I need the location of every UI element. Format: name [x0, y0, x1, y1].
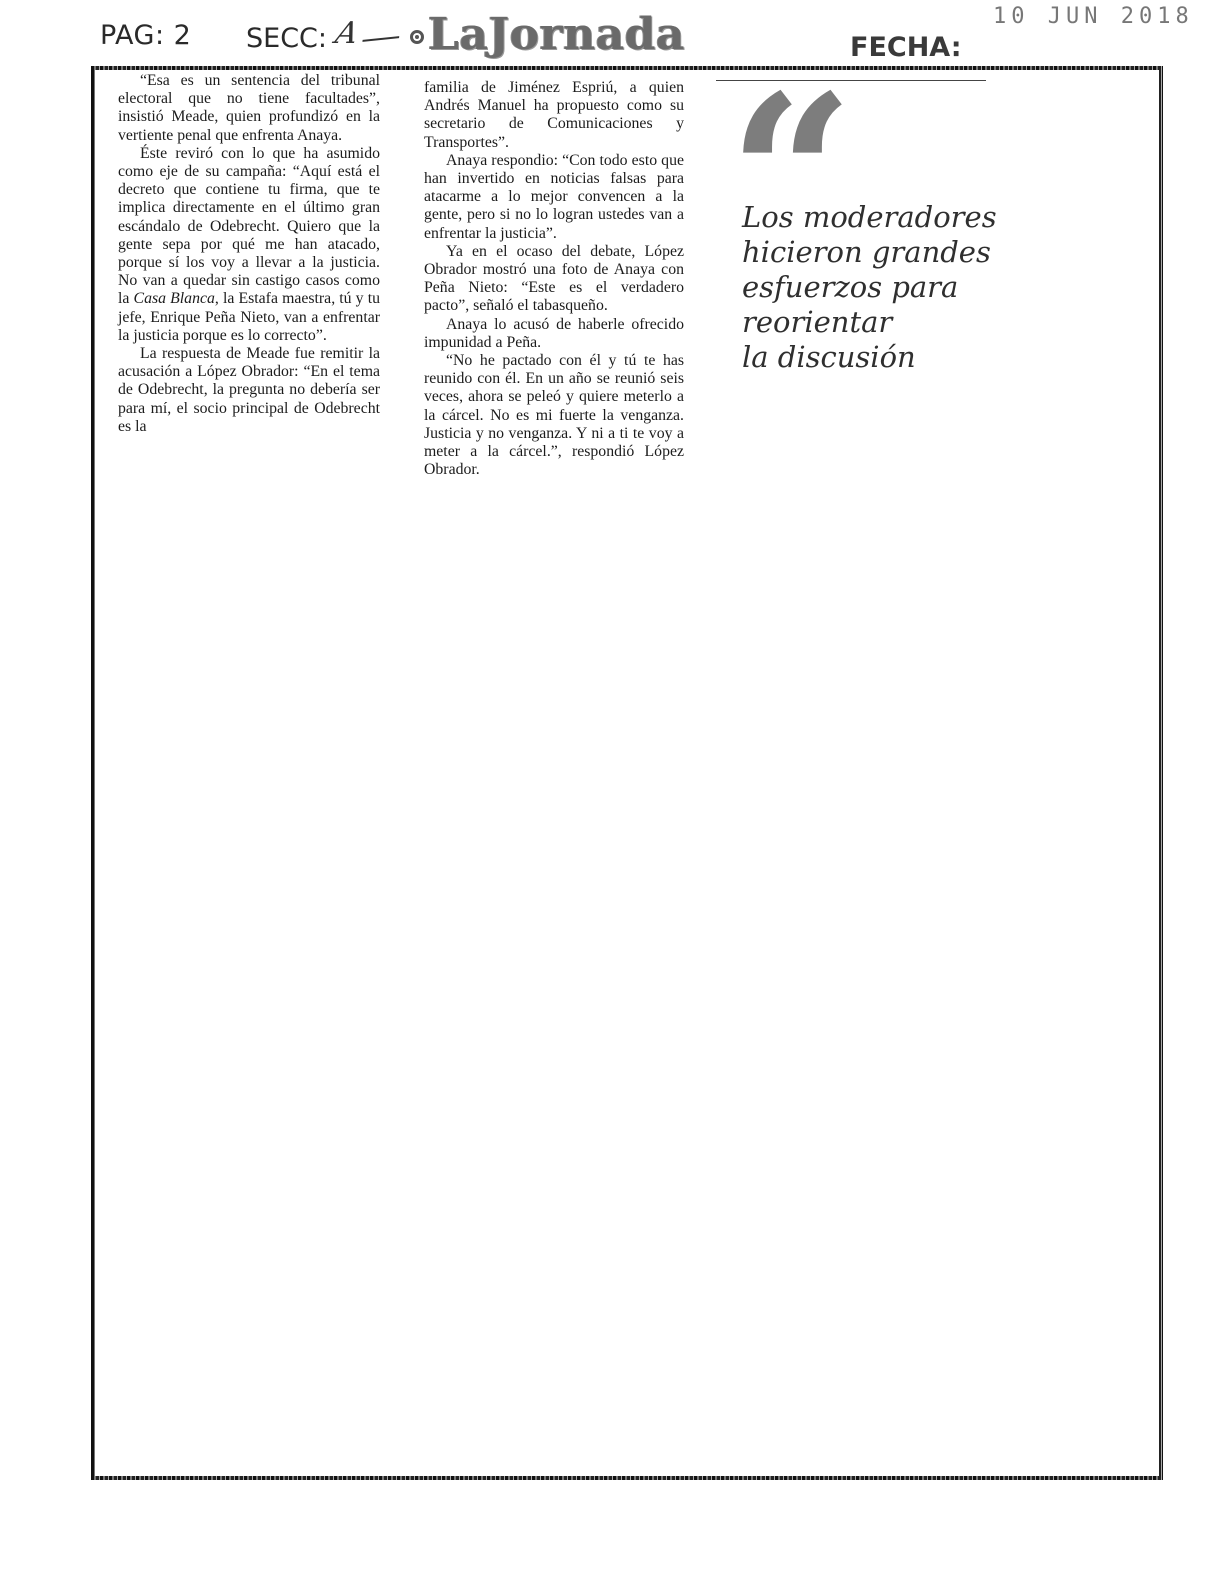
- pull-quote-line: hicieron grandes: [742, 235, 1002, 270]
- paragraph: familia de Jiménez Espriú, a quien André…: [424, 79, 684, 152]
- pull-quote-line: Los moderadores: [742, 200, 1002, 235]
- logo-dot-icon: [410, 30, 424, 44]
- date-label: FECHA:: [850, 32, 962, 63]
- paragraph: Éste reviró con lo que ha asumido como e…: [118, 145, 380, 345]
- italic-term: Casa Blanca: [134, 290, 215, 307]
- section-handwritten-value: A: [332, 16, 361, 51]
- paragraph: Ya en el ocaso del debate, López Obrador…: [424, 243, 684, 316]
- pull-quote-line: esfuerzos para: [742, 270, 1002, 305]
- pull-quote-line: la discusión: [742, 340, 1002, 375]
- paragraph: Anaya respondio: “Con todo esto que han …: [424, 152, 684, 243]
- paragraph: La respuesta de Meade fue remitir la acu…: [118, 345, 380, 436]
- paragraph: “Esa es un sentencia del tribunal electo…: [118, 72, 380, 145]
- date-stamp: 10 JUN 2018: [993, 4, 1194, 29]
- publication-logo: LaJornada: [428, 9, 685, 60]
- paragraph: Anaya lo acusó de haberle ofrecido impun…: [424, 316, 684, 352]
- page-number-label: PAG: 2: [100, 20, 191, 51]
- article-column-2: familia de Jiménez Espriú, a quien André…: [424, 79, 684, 479]
- article-column-1: “Esa es un sentencia del tribunal electo…: [118, 72, 380, 436]
- section-label: SECC:: [246, 23, 327, 54]
- pull-quote-line: reorientar: [742, 305, 1002, 340]
- pull-quote: Los moderadores hicieron grandes esfuerz…: [742, 200, 1002, 375]
- paragraph: “No he pactado con él y tú te has reunid…: [424, 352, 684, 479]
